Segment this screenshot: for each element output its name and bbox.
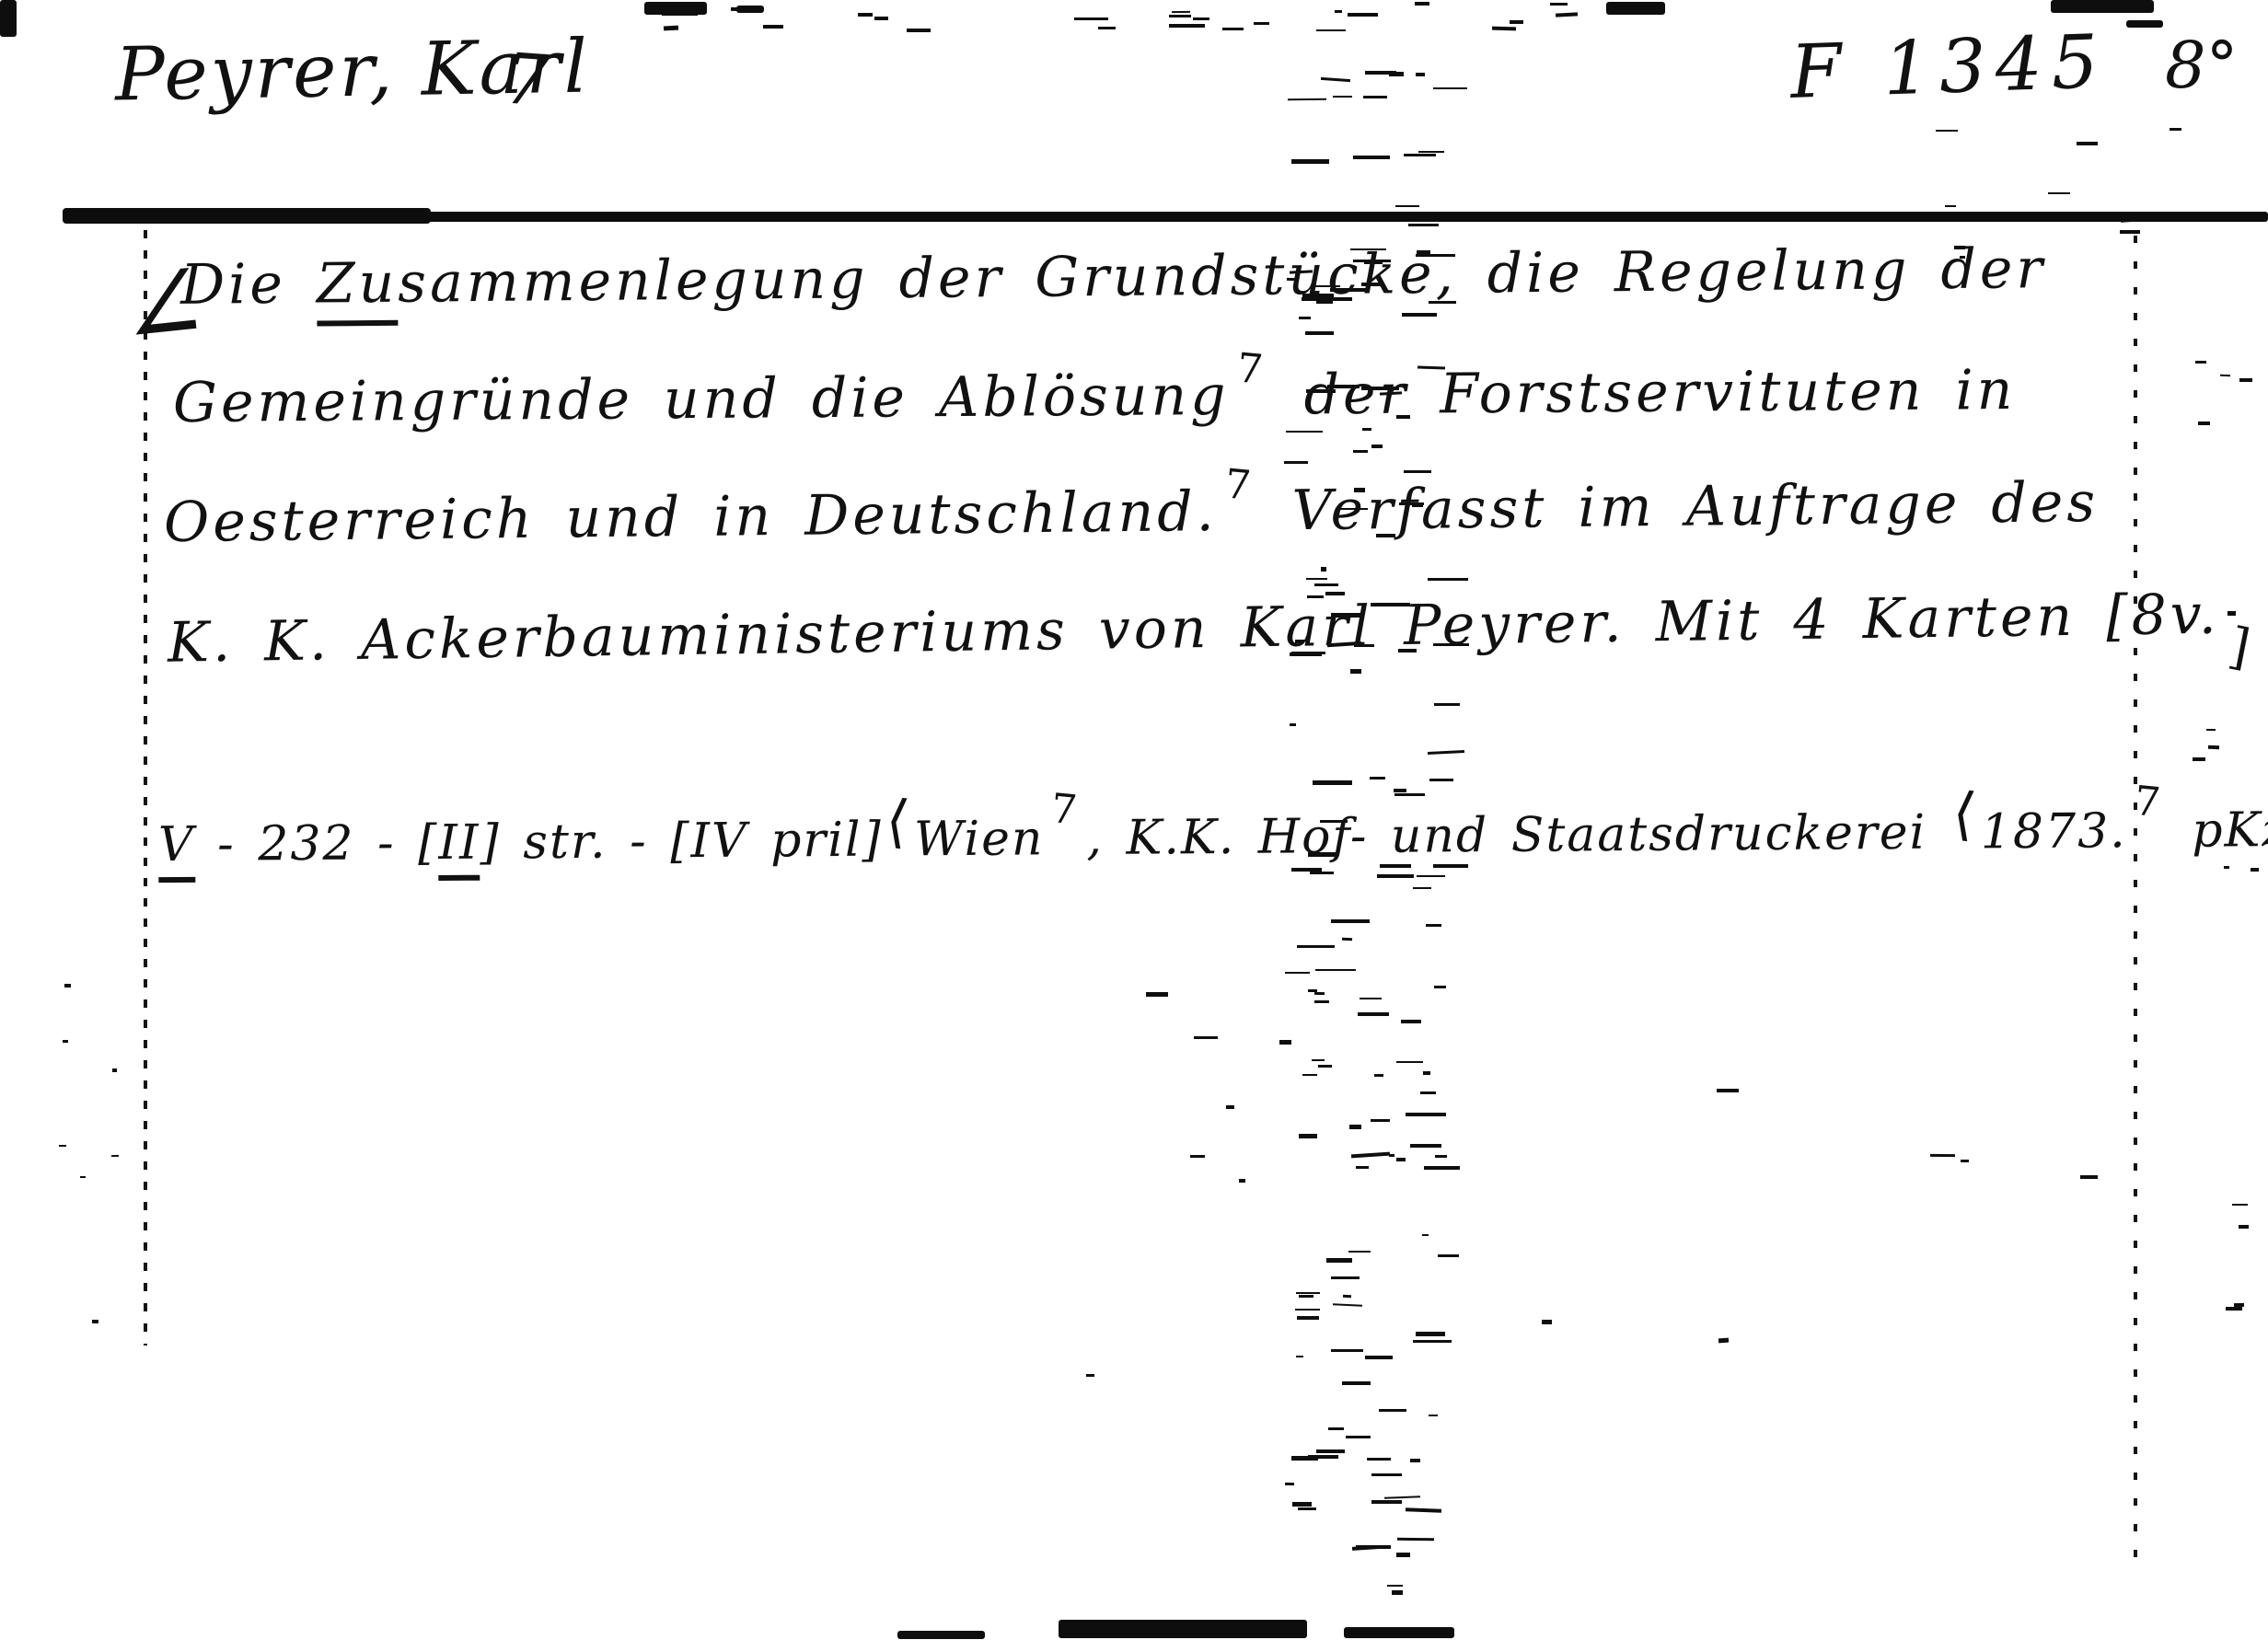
format-mark: 8° — [2165, 28, 2239, 103]
collation-text: - 232 - [ — [194, 815, 438, 872]
insertion-mark: 7 — [1234, 346, 1268, 393]
cataloguer-initials: pKz̈. — [2170, 803, 2268, 859]
insertion-mark: 7 — [2132, 780, 2164, 826]
volume-numeral: V — [158, 817, 195, 883]
title-text: K. K. Ackerbauministeriums von Karl Peyr… — [168, 583, 2220, 676]
imprint-place: Wien — [914, 811, 1045, 867]
title-line-2: Gemeingründe und die Ablösung7 der Forst… — [173, 360, 2017, 433]
title-text: der Forstservituten in — [1273, 358, 2016, 428]
title-line-3: Oesterreich und in Deutschland.7 Verfass… — [164, 472, 2100, 553]
angle-mark-open: ⟨ — [1949, 781, 1981, 847]
collation-text: ] str. - [IV pril] — [480, 813, 883, 871]
header-rule-thick-segment — [63, 208, 431, 224]
imprint-publisher: , K.K. Hof- und Staatsdruckerei — [1086, 805, 1950, 867]
imprint-year: 1873. — [1981, 803, 2127, 860]
catalog-card-scan: Peyrer, Karl 7 F 1345 8° ∠ Die Zusammenl… — [0, 0, 2268, 1640]
underlined-text: Zu — [317, 251, 399, 327]
angle-mark-open: ⟨ — [882, 789, 914, 854]
title-text: Verfasst im Auftrage des — [1261, 470, 2099, 544]
title-line-4: K. K. Ackerbauministeriums von Karl Peyr… — [168, 583, 2252, 674]
title-line-1: Die Zusammenlegung der Grundstücke, die … — [180, 238, 2047, 316]
title-text: Gemeingründe und die Ablösung — [173, 364, 1230, 435]
underlined-pages: II — [438, 815, 480, 881]
insertion-mark: 7 — [1049, 787, 1082, 834]
left-margin-dotted-line — [144, 230, 147, 1345]
title-text: sammenlegung der Grundstücke, die Regelu… — [398, 237, 2046, 316]
heading-number-mark: 7 — [502, 37, 551, 121]
shelfmark: F 1345 — [1788, 18, 2109, 115]
title-text: Oesterreich und in Deutschland. — [164, 479, 1218, 555]
title-text: Die — [180, 252, 317, 318]
bracket-mark: ] — [2225, 618, 2258, 676]
collation-line: V - 232 - [II] str. - [IV pril]⟨Wien7, K… — [158, 795, 2268, 872]
insertion-mark: 7 — [1222, 462, 1255, 509]
right-margin-dotted-line — [2134, 236, 2137, 1572]
